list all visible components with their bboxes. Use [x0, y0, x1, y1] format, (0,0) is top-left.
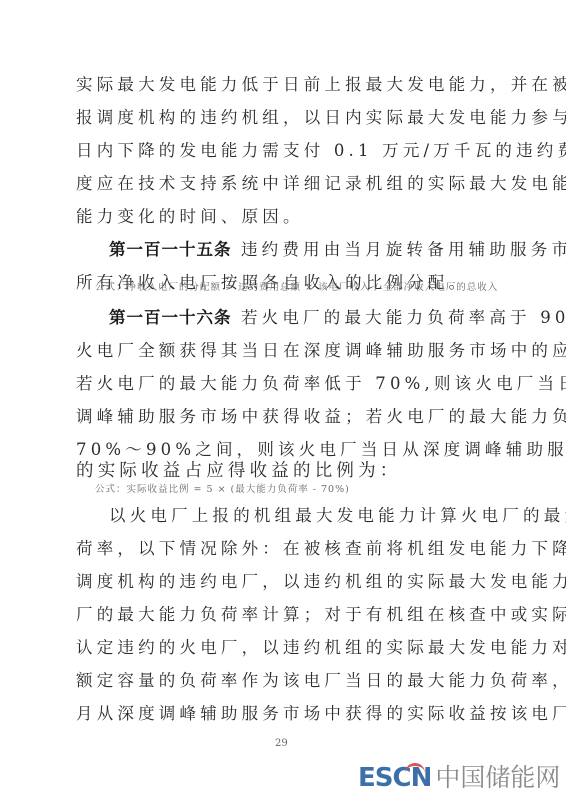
body-line: 火电厂全额获得其当日在深度调峰辅助服务市场中的应得收益；: [76, 341, 496, 361]
formula-distribution: 公式：净收入电厂的分配额 = 违约费用总额 × 该电厂收入 / 全部净收入电厂的…: [95, 282, 498, 294]
body-line: 厂的最大能力负荷率计算；对于有机组在核查中或实际调用中被: [76, 605, 496, 625]
body-line: 报调度机构的违约机组，以日内实际最大发电能力参与市场交易，: [76, 108, 496, 128]
article-heading: 第一百一十五条: [109, 240, 232, 259]
body-line: 调度机构的违约电厂，以违约机组的实际最大发电能力参与该电: [76, 572, 496, 592]
watermark: ESCN 中国储能网: [358, 762, 560, 794]
body-line: 日内下降的发电能力需支付 0.1 万元/万千瓦的违约费用。当值调: [76, 141, 496, 161]
body-line: 额定容量的负荷率作为该电厂当日的最大能力负荷率，该电厂当: [76, 671, 496, 691]
watermark-logo: ESCN: [358, 763, 431, 793]
formula-revenue-ratio: 公式：实际收益比例 = 5 × (最大能力负荷率 - 70%): [95, 484, 350, 496]
watermark-name: 中国储能网: [435, 763, 560, 793]
body-line: 若火电厂的最大能力负荷率低于 70%,则该火电厂当日不得从深度: [76, 374, 496, 394]
body-line: 调峰辅助服务市场中获得收益；若火电厂的最大能力负荷率介于: [76, 407, 496, 427]
body-line: 的实际收益占应得收益的比例为：: [76, 461, 496, 481]
page-number: 29: [275, 738, 288, 749]
article-heading: 第一百一十六条: [109, 308, 232, 327]
article-text: 若火电厂的最大能力负荷率高于 90%，则该: [232, 308, 566, 327]
article-text: 违约费用由当月旋转备用辅助服务市场中: [232, 240, 566, 259]
body-line: 荷率，以下情况除外：在被核查前将机组发电能力下降情况汇报: [76, 539, 496, 559]
body-line: 实际最大发电能力低于日前上报最大发电能力，并在被核查前汇: [76, 75, 496, 95]
body-line: 月从深度调峰辅助服务市场中获得的实际收益按该电厂当月每日: [76, 704, 496, 724]
body-line: 70%～90%之间，则该火电厂当日从深度调峰辅助服务市场中获得: [76, 440, 496, 460]
body-line: 度应在技术支持系统中详细记录机组的实际最大发电能力及发电: [76, 174, 496, 194]
article-116: 第一百一十六条 若火电厂的最大能力负荷率高于 90%，则该: [109, 308, 499, 328]
body-line: 以火电厂上报的机组最大发电能力计算火电厂的最大能力负: [109, 506, 499, 526]
article-115: 第一百一十五条 违约费用由当月旋转备用辅助服务市场中: [109, 240, 499, 260]
body-line: 认定违约的火电厂，以违约机组的实际最大发电能力对应该机组: [76, 638, 496, 658]
body-line: 能力变化的时间、原因。: [76, 207, 496, 227]
